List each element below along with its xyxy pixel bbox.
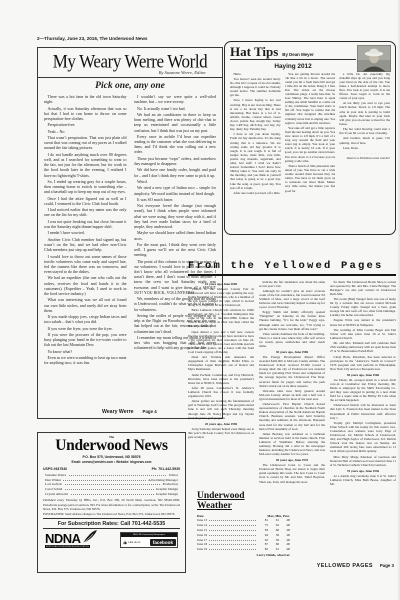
paragraph: I had noticed earlier that my name was t… [44, 207, 127, 217]
paragraph: It was SO much faster. [134, 197, 217, 202]
paragraph: You are getting thrown around the cab li… [285, 72, 336, 125]
paragraph: I would love to throw out some names of … [44, 254, 127, 275]
table-row: June 158360.00 [197, 528, 290, 532]
continued-on-page-notice: YELLOWED PAGES Page 3 [317, 563, 394, 569]
paragraph: Open almost a year and a half now, owner… [188, 330, 254, 354]
paragraph: Underwood friends will be interested to … [330, 403, 396, 419]
paragraph: Peggy Smith and family officially opened… [259, 310, 325, 330]
paragraph: Trophy girl, Marilyn Cottingham, present… [330, 421, 396, 454]
paragraph: a little bit. An especially big molehill… [339, 72, 390, 101]
subheading: 40 years ago, June 1976 [259, 458, 325, 462]
paragraph: I needn’t have worried. [44, 230, 127, 235]
paragraph: Those just became “oops” orders, and som… [134, 156, 217, 166]
footer-page-number: Page 4 [143, 409, 157, 414]
paragraph: Underwood’s First Baptist Church hosted … [259, 402, 325, 430]
paragraph: Hello. [230, 72, 281, 76]
weather-report-box: Underwood Weather Date Max, Min, Prec. J… [197, 492, 290, 576]
column-byline: By Dean Meyer [282, 52, 313, 57]
subheading: 70 years ago, June 1946 [330, 469, 396, 473]
weather-observer: Larry Dziuk, observer [197, 553, 290, 557]
paragraph: So, I ended up wearing gray for a couple… [44, 179, 127, 195]
paragraph: Dean and Verlaine Ash announce the engag… [188, 355, 254, 371]
paragraph: For the most part, I think they went ove… [134, 242, 217, 258]
paragraph: A big Saturday turnout helped even thing… [188, 427, 254, 439]
section-column-1: 10 years ago, June 2006Visitors to the M… [188, 280, 254, 492]
columnist-portrait-photo [357, 45, 391, 72]
facebook-wordmark: facebook [150, 539, 175, 546]
paragraph: Another Civic Club member had signed up,… [44, 237, 127, 253]
facebook-badge-body: Like us on facebook [121, 537, 177, 547]
paragraph: We tried a new type of Indian taco – sim… [134, 185, 217, 195]
paragraph: Junior golfers are learning the fundamen… [188, 399, 254, 419]
column-masthead-title: My Weary Werre World [44, 52, 216, 71]
thumbs-up-icon [123, 540, 128, 545]
weather-title: Underwood Weather [197, 492, 290, 511]
paragraph: Joe Diede, 66, escaped death in a sewer … [330, 378, 396, 402]
weather-title-line2: Weather [197, 502, 290, 512]
ndna-logo: NDNA NORTH DAKOTA NEWSPAPER ASSOCIATION [45, 532, 90, 548]
column-masthead-title: Hat Tips [230, 45, 278, 58]
masthead-meta-row: USPS #647540 Ph: 701-442-5535 [43, 467, 180, 471]
paragraph: Visitors to the McLean County Fair in Un… [188, 287, 254, 307]
paragraph: for them. The Underwood Bottle Shop is o… [330, 280, 396, 296]
paragraph: If you made sloppy joes, crispy Indian t… [44, 314, 127, 324]
paragraph: If you were the procurer of the pop, you… [44, 332, 127, 348]
hat-tips-column-box: Hat Tips By Dean Meyer Haying 2012 Hello… [224, 41, 396, 235]
table-row: Lori GefrohProduction [45, 482, 178, 486]
weather-table: June 138161.00June 147562.00June 158360.… [197, 518, 290, 551]
subscription-rates-line: For Subscription Rates: Call 701-442-553… [43, 518, 180, 529]
paragraph: I have to tell you about haying. Fresh c… [230, 132, 281, 189]
facebook-badge: BHG: ND Community Newspapers Like us on … [120, 532, 178, 548]
paragraph: Ya know what? [44, 349, 127, 354]
article-column-3: a little bit. An especially big molehill… [339, 72, 390, 224]
footer-label: Weary Werre [102, 409, 134, 415]
paragraph: Later, Dean. [339, 146, 390, 150]
paragraph: Actually, it was Saturday afternoon that… [44, 106, 127, 122]
section-column-3: for them. The Underwood Bottle Shop is o… [330, 280, 396, 568]
paragraph: I was not quite freaking out, but close,… [44, 219, 127, 229]
section-title: From the Yellowed Pages [188, 260, 396, 276]
paragraph: Weird. [134, 179, 217, 184]
paragraph: James Borlaug was ordained as a Lutheran… [259, 432, 325, 456]
paragraph: Justin Pochant, Coleharbor, and Clay Har… [188, 373, 254, 385]
table-row: Dan WinterAdvertising Manager [45, 478, 178, 482]
phone-number: Ph: 701-442-5535 [152, 467, 180, 471]
paragraph: That wasn’t perspiration. That was just … [44, 135, 127, 151]
table-row: Carol SchallGraphic Design [45, 487, 178, 491]
article-column-1: There was a hot time in the old town Sat… [44, 94, 127, 399]
paragraph: Now, I know haying is not real exciting.… [230, 98, 281, 131]
paragraph: Every once in awhile I’d hear our expedi… [134, 134, 217, 155]
paragraph: We had an air conditioner in there to ke… [134, 112, 217, 133]
usps-number: USPS #647540 [43, 467, 67, 471]
paragraph: At ten thirty you start to eye your lunc… [339, 101, 390, 126]
page-folio: 2—Thursday, June 23, 2016, The Underwood… [37, 36, 147, 41]
divider-rule [38, 77, 222, 78]
newspaper-masthead-box: The Underwood News P.O. Box 575, Underwo… [37, 432, 186, 573]
paragraph: Then a bunch of little pheasants runs ah… [285, 164, 336, 193]
article-column-1: Hello.You haven’t seen me around lately.… [230, 72, 281, 224]
paragraph: Once I had the attire figured out as wel… [44, 196, 127, 206]
paragraph: indicate the fair attendance was about t… [259, 280, 325, 288]
paragraph: Welcome rains were fairly general around… [259, 389, 325, 401]
table-row: June 198261.00 [197, 547, 290, 551]
tagline: Dean is a Dickinson area rancher [339, 156, 390, 160]
subheading: 30 years ago, June 1986 [259, 350, 325, 354]
paragraph: Miss Mary Marge Knudson of Garrison and … [330, 455, 396, 467]
table-row: June 188760.00 [197, 542, 290, 546]
article-headline: Haying 2012 [230, 63, 356, 70]
column-header: Hat Tips By Dean Meyer [230, 45, 356, 60]
newspaper-page: 2—Thursday, June 23, 2016, The Underwood… [0, 0, 400, 600]
divider: . . . . . . . . . [339, 151, 390, 155]
paragraph: You haven’t seen me around lately. No, t… [230, 77, 281, 97]
newspaper-name: Underwood News [43, 439, 180, 454]
continued-on-page-notice: Weary Werre Page 4 [102, 409, 157, 415]
masthead-logos-row: NDNA NORTH DAKOTA NEWSPAPER ASSOCIATION … [43, 532, 180, 548]
article-headline: Pick one, any one [44, 81, 216, 91]
paragraph: The Energy Development Impact Office awa… [259, 355, 325, 388]
paragraph: Even as we were scrambling to heat up ta… [44, 355, 127, 365]
table-row: Crystal AlbrechtGraphic Design [45, 492, 178, 496]
paragraph: I wouldn’t say we were quite a well-oile… [134, 94, 217, 104]
subheading: 10 years ago, June 2006 [188, 282, 254, 286]
masthead-contact: Email: unews@westriv.com • Website: bhgn… [43, 460, 180, 464]
paragraph: Eugene Wirtz was named to the president’… [330, 318, 396, 326]
ndna-subtitle: NORTH DAKOTA NEWSPAPER ASSOCIATION [45, 545, 90, 548]
paragraph: I do not handle anything much over 80 de… [44, 152, 127, 178]
article-body: Hello.You haven’t seen me around lately.… [230, 72, 390, 224]
paragraph: Video rentals dominate the front of the … [259, 332, 325, 348]
paragraph: The wedding of Miss Connie Boger and Tim… [330, 328, 396, 340]
paragraph: Yeah – No. [44, 129, 127, 134]
paragraph: Maybe we should have called them bread I… [134, 230, 217, 240]
paragraph: We did have one family order, bought and… [134, 167, 217, 177]
table-row: June 179259.00 [197, 538, 290, 542]
masthead-address: P.O. Box 575, Underwood, ND 58576 [43, 455, 180, 459]
weather-table-header: Date Max, Min, Prec. [197, 514, 290, 518]
paragraph: You take off and get a little reprieve f… [285, 126, 336, 163]
subheading: 50 years ago, June 1966 [330, 373, 396, 377]
paragraph: The Underwood Coast to Coast and the Und… [259, 463, 325, 483]
paragraph: After 90 years, Coleharbor’s St. Andrew’… [188, 386, 254, 398]
paragraph: What was interesting was we all sort of … [44, 297, 127, 313]
paragraph: Although he couldn’t give an exact accur… [259, 289, 325, 309]
subheading: 20 years ago, June 1996 [188, 422, 254, 426]
table-row: June 138161.00 [197, 518, 290, 522]
paragraph: Perspiration-free. [44, 122, 127, 127]
paragraph: After one round you back off a little. [230, 191, 281, 195]
paragraph: The hot wind blowing could start a fire … [339, 127, 390, 135]
paragraph: We had an expediter (the one who calls o… [44, 275, 127, 296]
paragraph: No. It actually wasn’t too bad. [134, 106, 217, 111]
paragraph: The Louis (Bud) Stengel farm was one of … [330, 297, 396, 317]
staff-list: Suzanne WerreEditorDan WinterAdvertising… [45, 473, 178, 496]
facebook-like-label: Like us on [129, 541, 141, 544]
paragraph: And besides, lunch is gone. I’m quitting… [339, 136, 390, 144]
table-row: June 169459.00 [197, 533, 290, 537]
feather-icon [82, 530, 98, 544]
weather-col-date: Date [197, 514, 204, 518]
weather-col-values: Max, Min, Prec. [267, 514, 290, 518]
footer-label: YELLOWED PAGES [317, 563, 373, 569]
paragraph: Not everyone loved the change (not enoug… [134, 203, 217, 229]
footer-page-number: Page 3 [380, 563, 394, 568]
paragraph: At a double ring ceremony June 9 at St. … [330, 474, 396, 486]
paragraph: Birka Lutheran Church will celebrate its… [188, 308, 254, 328]
paragraph: There was a hot time in the old town Sat… [44, 94, 127, 104]
postmaster-notice: POSTMASTER: Send address changes to The … [43, 512, 180, 516]
article-column-2: You are getting thrown around the cab li… [285, 72, 336, 224]
paragraph: Cindy Bolte, Riverdale, has been selecte… [330, 355, 396, 371]
paragraph: Mr. and Mrs. Edmund Ash will celebrate t… [330, 341, 396, 353]
paragraph: If you were the fryer, you were the frye… [44, 326, 127, 331]
table-row: June 147562.00 [197, 523, 290, 527]
table-row: Suzanne WerreEditor [45, 473, 178, 477]
publisher-info: Published every Thursday by BHG, Inc., P… [43, 498, 180, 510]
